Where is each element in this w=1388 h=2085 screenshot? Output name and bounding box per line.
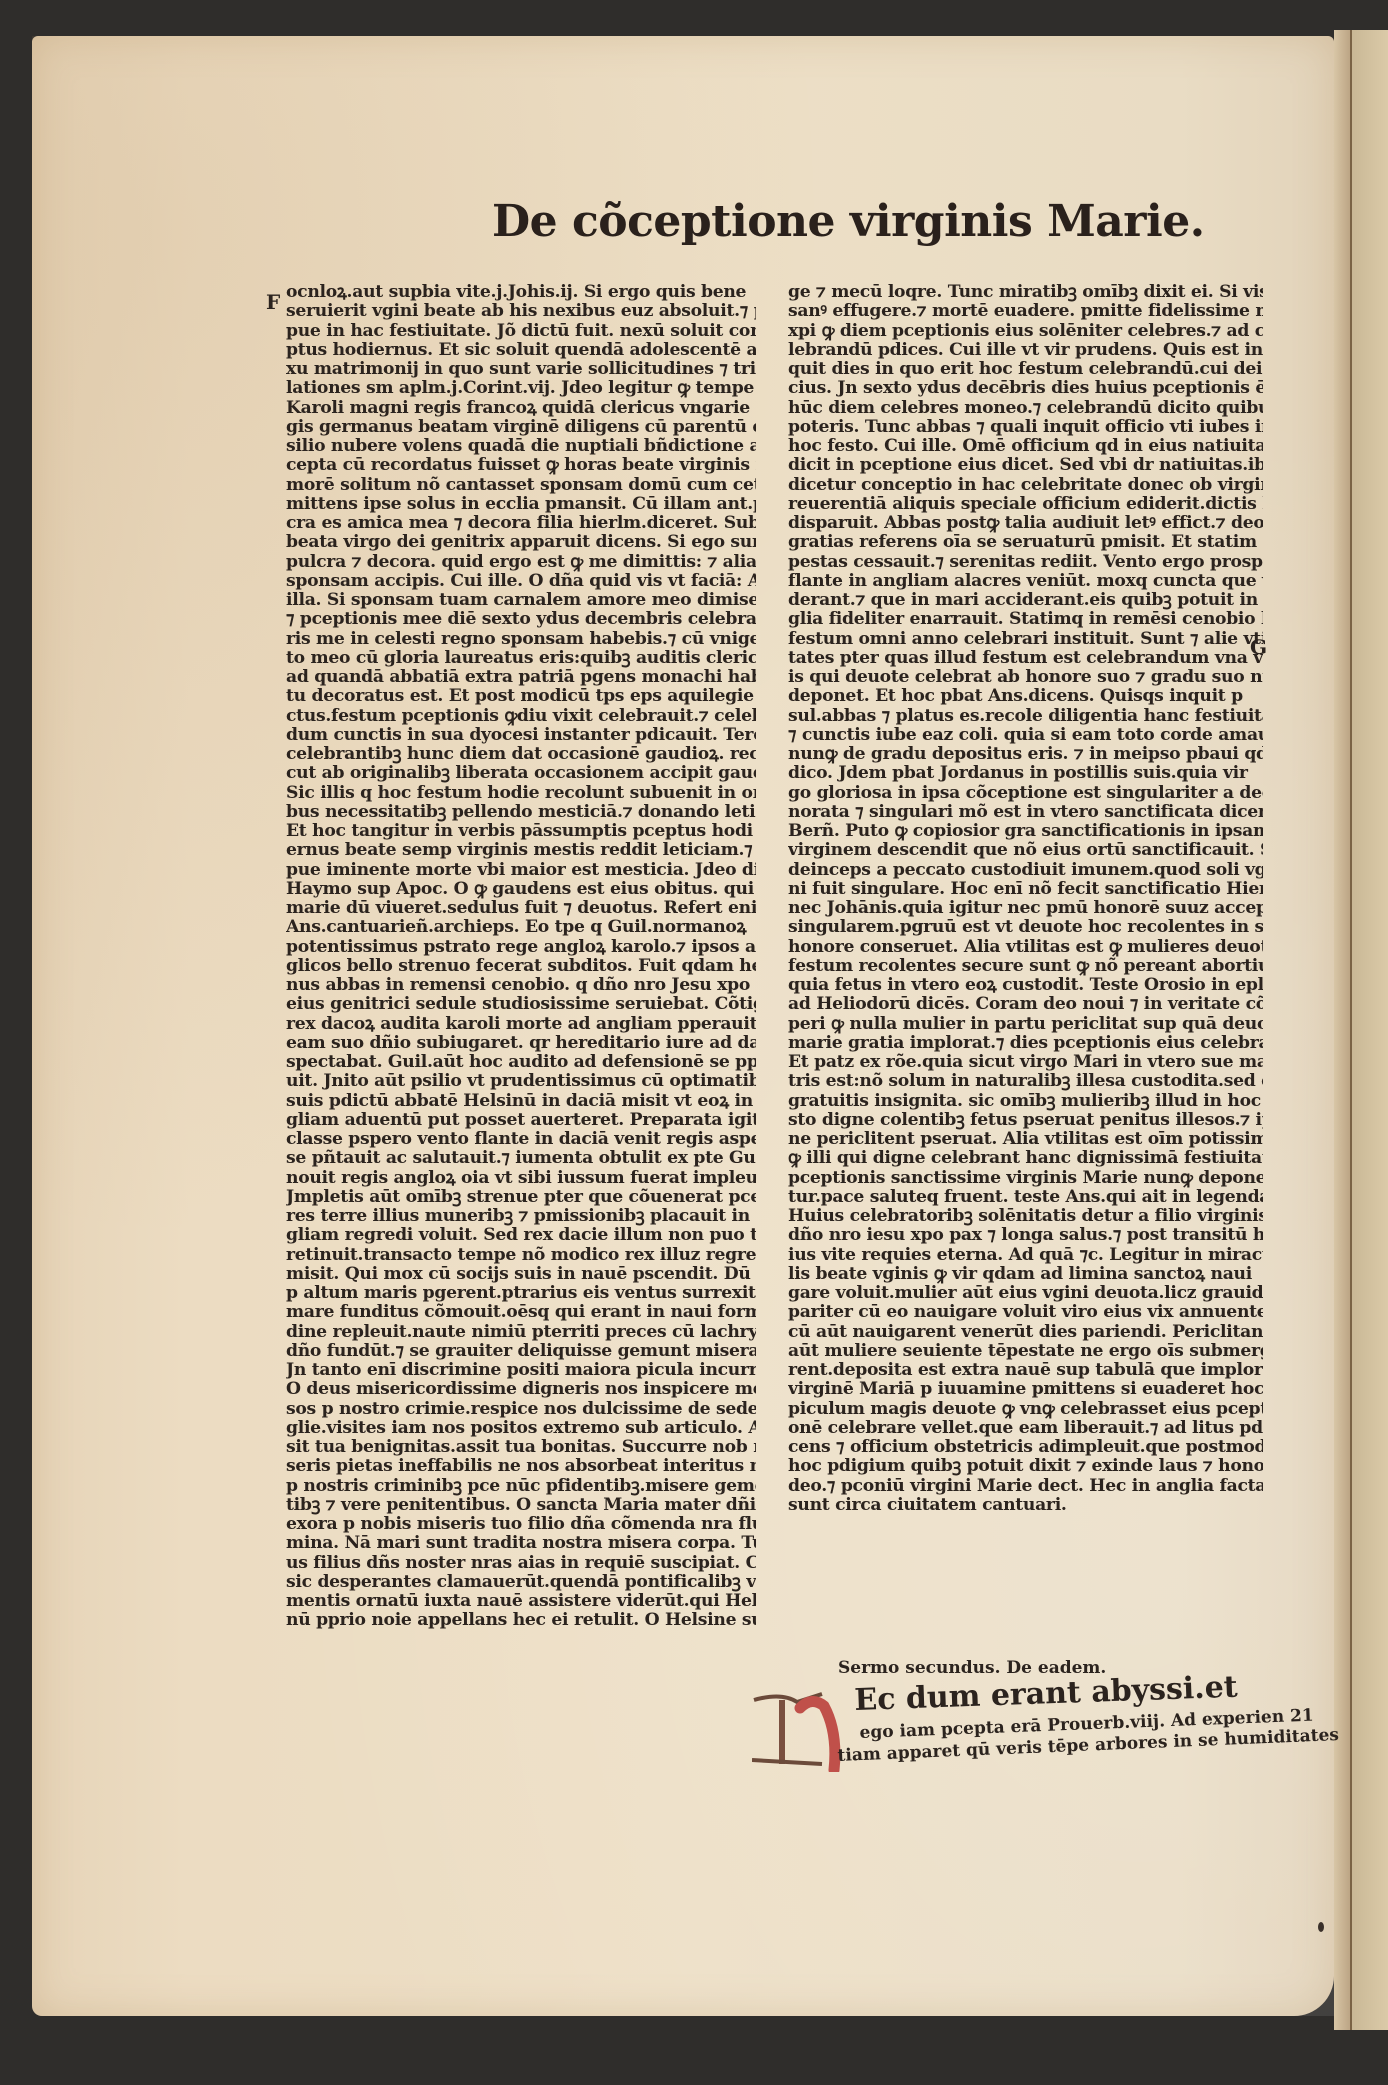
text-line: sponsam accipis. Cui ille. O dña quid vi…	[286, 572, 756, 591]
text-line: sunt circa ciuitatem cantuari.	[788, 1496, 1263, 1515]
text-line: nus abbas in remensi cenobio. q dño nro …	[286, 976, 756, 995]
text-line: deinceps a peccato custodiuit imunem.quo…	[788, 861, 1263, 880]
text-line: ⁊ cunctis iube eaz coli. quia si eam tot…	[788, 726, 1263, 745]
text-line: hūc diem celebres moneo.⁊ celebrandū dic…	[788, 399, 1263, 418]
text-line: aūt muliere seuiente tēpestate ne ergo o…	[788, 1342, 1263, 1361]
text-line: gratuitis insignita. sic omībꝫ mulieribꝫ…	[788, 1092, 1263, 1111]
text-line: derant.⁊ que in mari acciderant.eis quib…	[788, 591, 1263, 610]
text-line: lationes sm aplm.j.Corint.vij. Jdeo legi…	[286, 379, 756, 398]
text-line: ad Heliodorū dicēs. Coram deo noui ⁊ in …	[788, 995, 1263, 1014]
text-line: potentissimus pstrato rege angloꝝ karolo…	[286, 938, 756, 957]
text-line: seris pietas ineffabilis ne nos absorbea…	[286, 1457, 756, 1476]
text-line: spectabat. Guil.aūt hoc audito ad defens…	[286, 1053, 756, 1072]
text-line: cepta cū recordatus fuisset ꝙ horas beat…	[286, 456, 756, 475]
text-line: O deus misericordissime digneris nos ins…	[286, 1380, 756, 1399]
text-line: to meo cū gloria laureatus eris:quibꝫ au…	[286, 649, 756, 668]
text-line: glie.visites iam nos positos extremo sub…	[286, 1419, 756, 1438]
text-line: gliam aduentū put posset auerteret. Prep…	[286, 1111, 756, 1130]
text-line: rex dacoꝝ audita karoli morte ad angliam…	[286, 1015, 756, 1034]
text-line: flante in angliam alacres veniūt. moxq c…	[788, 572, 1263, 591]
text-line: dicit in pceptione eius dicet. Sed vbi d…	[788, 456, 1263, 475]
text-line: illa. Si sponsam tuam carnalem amore meo…	[286, 591, 756, 610]
text-line: celebrantibꝫ hunc diem dat occasionē gau…	[286, 745, 756, 764]
text-line: ernus beate semp virginis mestis reddit …	[286, 841, 756, 860]
text-line: deponet. Et hoc pbat Ans.dicens. Quisqs …	[788, 687, 1263, 706]
rubricated-initial-h	[752, 1672, 842, 1772]
text-line: peri ꝙ nulla mulier in partu periclitat …	[788, 1015, 1263, 1034]
text-line: mina. Nā mari sunt tradita nostra misera…	[286, 1534, 756, 1553]
text-line: classe pspero vento flante in daciā veni…	[286, 1130, 756, 1149]
text-line: mentis ornatū iuxta nauē assistere vider…	[286, 1592, 756, 1611]
text-line: dum cunctis in sua dyocesi instanter pdi…	[286, 726, 756, 745]
text-line: virginē Mariā p iuuamine pmittens si eua…	[788, 1380, 1263, 1399]
text-line: onē celebrare vellet.que eam liberauit.⁊…	[788, 1419, 1263, 1438]
text-line: dño nro iesu xpo pax ⁊ longa salus.⁊ pos…	[788, 1226, 1263, 1245]
text-line: glia fideliter enarrauit. Statimq in rem…	[788, 610, 1263, 629]
text-line: glicos bello strenuo fecerat subditos. F…	[286, 957, 756, 976]
text-line: morē solitum nõ cantasset sponsam domū c…	[286, 476, 756, 495]
text-line: hoc pdigium quibꝫ potuit dixit ⁊ exinde …	[788, 1457, 1263, 1476]
text-line: Berñ. Puto ꝙ copiosior gra sanctificatio…	[788, 822, 1263, 841]
text-line: sto digne colentibꝫ fetus pseruat penitu…	[788, 1111, 1263, 1130]
text-line: pceptionis sanctissime virginis Marie nu…	[788, 1169, 1263, 1188]
text-line: norata ⁊ singulari mõ est in vtero sanct…	[788, 803, 1263, 822]
text-line: uit. Jnito aūt psilio vt prudentissimus …	[286, 1072, 756, 1091]
text-line: sic desperantes clamauerūt.quendā pontif…	[286, 1573, 756, 1592]
text-line: dicetur conceptio in hac celebritate don…	[788, 476, 1263, 495]
text-line: pariter cū eo nauigare voluit viro eius …	[788, 1303, 1263, 1322]
text-line: xu matrimonij in quo sunt varie sollicit…	[286, 360, 756, 379]
text-line: Et hoc tangitur in verbis pāssumptis pce…	[286, 822, 756, 841]
text-line: eius genitrici sedule studiosissime seru…	[286, 995, 756, 1014]
text-line: nouit regis angloꝝ oia vt sibi iussum fu…	[286, 1169, 756, 1188]
text-line: tris est:nõ solum in naturalibꝫ illesa c…	[788, 1072, 1263, 1091]
text-line: gare voluit.mulier aūt eius vgini deuota…	[788, 1284, 1263, 1303]
text-line: ptus hodiernus. Et sic soluit quendā ado…	[286, 341, 756, 360]
text-line: Ans.cantuarieñ.archieps. Eo tpe q Guil.n…	[286, 918, 756, 937]
left-text-column: ocnloꝝ.aut supbia vite.j.Johis.ij. Si er…	[286, 283, 756, 1631]
text-line: cra es amica mea ⁊ decora filia hierlm.d…	[286, 514, 756, 533]
text-line: marie gratia implorat.⁊ dies pceptionis …	[788, 1034, 1263, 1053]
text-line: gliam regredi voluit. Sed rex dacie illu…	[286, 1226, 756, 1245]
text-line: disparuit. Abbas postꝙ talia audiuit let…	[788, 514, 1263, 533]
text-line: sul.abbas ⁊ platus es.recole diligentia …	[788, 707, 1263, 726]
text-line: hoc festo. Cui ille. Omē officium qd in …	[788, 437, 1263, 456]
text-line: rent.deposita est extra nauē sup tabulā …	[788, 1361, 1263, 1380]
text-line: lis beate vginis ꝙ vir qdam ad limina sa…	[788, 1265, 1263, 1284]
text-line: Haymo sup Apoc. O ꝙ gaudens est eius obi…	[286, 880, 756, 899]
text-line: cius. Jn sexto ydus decēbris dies huius …	[788, 379, 1263, 398]
text-line: pestas cessauit.⁊ serenitas rediit. Vent…	[788, 553, 1263, 572]
text-line: nū pprio noie appellans hec ei retulit. …	[286, 1611, 756, 1630]
text-line: tates pter quas illud festum est celebra…	[788, 649, 1263, 668]
text-line: Jmpletis aūt omībꝫ strenue pter que cõue…	[286, 1188, 756, 1207]
text-line: pulcra ⁊ decora. quid ergo est ꝙ me dimi…	[286, 553, 756, 572]
text-line: us filius dñs noster nras aias in requiē…	[286, 1554, 756, 1573]
text-line: seruierit vgini beate ab his nexibus euz…	[286, 302, 756, 321]
text-line: Et patz ex rõe.quia sicut virgo Mari in …	[788, 1053, 1263, 1072]
text-line: dño fundūt.⁊ se grauiter deliquisse gemu…	[286, 1342, 756, 1361]
text-line: piculum magis deuote ꝙ vnꝙ celebrasset e…	[788, 1400, 1263, 1419]
text-line: gratias referens oīa se seruaturū pmisit…	[788, 533, 1263, 552]
text-line: beata virgo dei genitrix apparuit dicens…	[286, 533, 756, 552]
text-line: quia fetus in vtero eoꝝ custodit. Teste …	[788, 976, 1263, 995]
text-line: quit dies in quo erit hoc festum celebra…	[788, 360, 1263, 379]
text-line: Sic illis q hoc festum hodie recolunt su…	[286, 784, 756, 803]
text-line: ris me in celesti regno sponsam habebis.…	[286, 630, 756, 649]
text-line: ꝙ illi qui digne celebrant hanc dignissi…	[788, 1149, 1263, 1168]
text-line: res terre illius muneribꝫ ⁊ pmissionibꝫ …	[286, 1207, 756, 1226]
text-line: poteris. Tunc abbas ⁊ quali inquit offic…	[788, 418, 1263, 437]
text-line: nec Johānis.quia igitur nec pmū honorē s…	[788, 899, 1263, 918]
text-line: festum omni anno celebrari instituit. Su…	[788, 630, 1263, 649]
text-line: Karoli magni regis francoꝝ quidā clericu…	[286, 399, 756, 418]
text-line: se pñtauit ac salutauit.⁊ iumenta obtuli…	[286, 1149, 756, 1168]
text-line: exora p nobis miseris tuo filio dña cõme…	[286, 1515, 756, 1534]
text-line: tibꝫ ⁊ vere penitentibus. O sancta Maria…	[286, 1496, 756, 1515]
text-line: dine repleuit.naute nimiū pterriti prece…	[286, 1323, 756, 1342]
text-line: pue iminente morte vbi maior est mestici…	[286, 861, 756, 880]
text-line: cū aūt nauigarent venerūt dies pariendi.…	[788, 1323, 1263, 1342]
text-line: reuerentiā aliquis speciale officium edi…	[788, 495, 1263, 514]
text-line: Huius celebratoribꝫ solēnitatis detur a …	[788, 1207, 1263, 1226]
text-line: cut ab originalibꝫ liberata occasionem a…	[286, 764, 756, 783]
text-line: dico. Jdem pbat Jordanus in postillis su…	[788, 764, 1263, 783]
ink-speck	[1318, 1922, 1324, 1932]
text-line: marie dū viueret.sedulus fuit ⁊ deuotus.…	[286, 899, 756, 918]
text-line: tu decoratus est. Et post modicū tps eps…	[286, 687, 756, 706]
page-title: De cõceptione virginis Marie.	[492, 196, 1205, 247]
text-line: singularem.pgruū est vt deuote hoc recol…	[788, 918, 1263, 937]
text-line: xpi ꝙ diem pceptionis eius solēniter cel…	[788, 322, 1263, 341]
text-line: ne periclitent pseruat. Alia vtilitas es…	[788, 1130, 1263, 1149]
text-line: cens ⁊ officium obstetricis adimpleuit.q…	[788, 1438, 1263, 1457]
text-line: mare funditus cõmouit.oēsq qui erant in …	[286, 1303, 756, 1322]
text-line: honore conseruet. Alia vtilitas est ꝙ mu…	[788, 938, 1263, 957]
text-line: silio nubere volens quadā die nuptiali b…	[286, 437, 756, 456]
text-line: bus necessitatibꝫ pellendo mesticiā.⁊ do…	[286, 803, 756, 822]
text-line: sos p nostro crimie.respice nos dulcissi…	[286, 1400, 756, 1419]
text-line: p altum maris pgerent.ptrarius eis ventu…	[286, 1284, 756, 1303]
text-line: go gloriosa in ipsa cõceptione est singu…	[788, 784, 1263, 803]
text-line: sit tua benignitas.assit tua bonitas. Su…	[286, 1438, 756, 1457]
text-line: eam suo dñio subiugaret. qr hereditario …	[286, 1034, 756, 1053]
text-line: ge ⁊ mecū loqre. Tunc miratibꝫ omībꝫ dix…	[788, 283, 1263, 302]
text-line: lebrandū pdices. Cui ille vt vir prudens…	[788, 341, 1263, 360]
text-line: ocnloꝝ.aut supbia vite.j.Johis.ij. Si er…	[286, 283, 756, 302]
text-line: ad quandā abbatiā extra patriā pgens mon…	[286, 668, 756, 687]
text-line: Jn tanto enī discrimine positi maiora pi…	[286, 1361, 756, 1380]
text-line: retinuit.transacto tempe nõ modico rex i…	[286, 1246, 756, 1265]
text-line: is qui deuote celebrat ab honore suo ⁊ g…	[788, 668, 1263, 687]
facing-page-edge	[1350, 30, 1388, 2030]
text-line: ⁊ pceptionis mee diē sexto ydus decembri…	[286, 610, 756, 629]
text-line: deo.⁊ pconiū virgini Marie dect. Hec in …	[788, 1477, 1263, 1496]
marginal-letter-f: F	[266, 290, 280, 314]
text-line: p nostris criminibꝫ pce nūc pfidentibꝫ.m…	[286, 1477, 756, 1496]
right-text-column: ge ⁊ mecū loqre. Tunc miratibꝫ omībꝫ dix…	[788, 283, 1263, 1515]
text-line: pue in hac festiuitate. Jõ dictū fuit. n…	[286, 322, 756, 341]
text-line: ctus.festum pceptionis ꝙdiu vixit celebr…	[286, 707, 756, 726]
text-line: nunꝙ de gradu depositus eris. ⁊ in meips…	[788, 745, 1263, 764]
text-line: virginem descendit que nõ eius ortū sanc…	[788, 841, 1263, 860]
text-line: gis germanus beatam virginē diligens cū …	[286, 418, 756, 437]
text-line: festum recolentes secure sunt ꝙ nõ perea…	[788, 957, 1263, 976]
text-line: misit. Qui mox cū socijs suis in nauē ps…	[286, 1265, 756, 1284]
text-line: sanꝰ effugere.⁊ mortē euadere. pmitte fi…	[788, 302, 1263, 321]
text-line: mittens ipse solus in ecclia pmansit. Cū…	[286, 495, 756, 514]
text-line: suis pdictū abbatē Helsinū in daciā misi…	[286, 1092, 756, 1111]
text-line: ni fuit singulare. Hoc enī nõ fecit sanc…	[788, 880, 1263, 899]
text-line: tur.pace saluteq fruent. teste Ans.qui a…	[788, 1188, 1263, 1207]
text-line: ius vite requies eterna. Ad quā ⁊c. Legi…	[788, 1246, 1263, 1265]
